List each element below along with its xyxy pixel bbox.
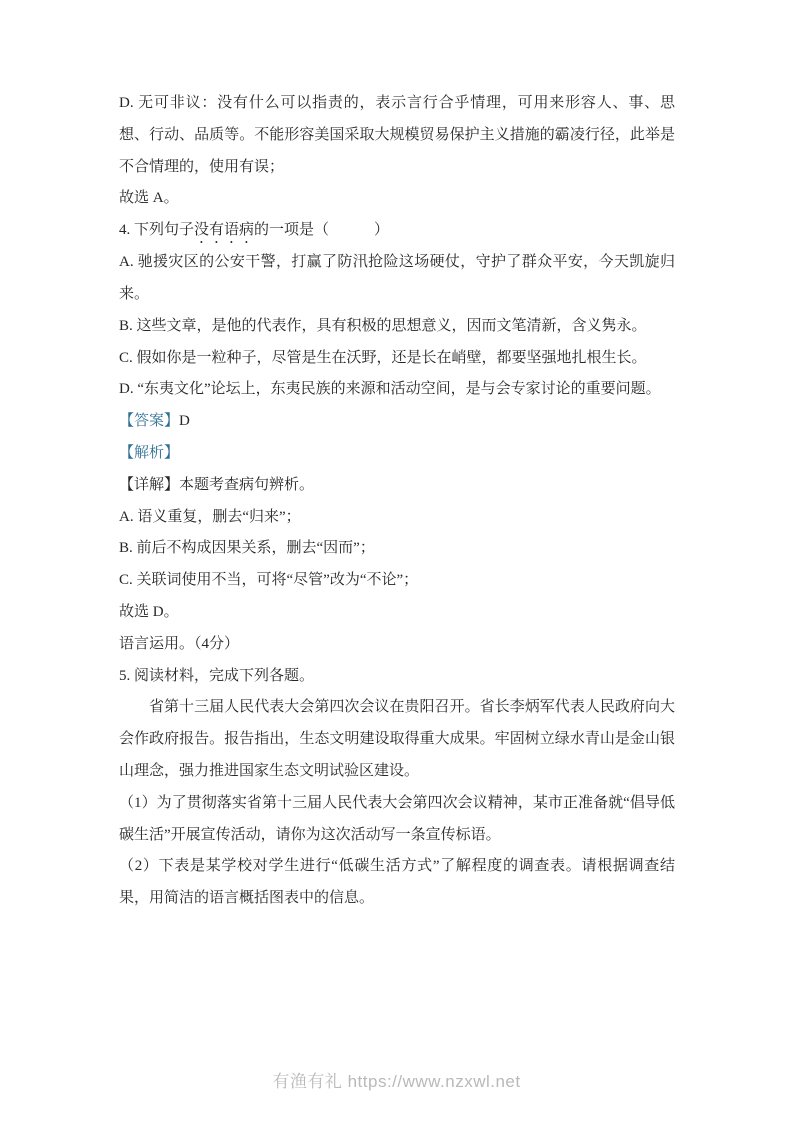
text-segment: 故选 A。 bbox=[119, 190, 179, 206]
text-segment: （1）为了贯彻落实省第十三届人民代表大会第四次会议精神，某市正准备就“倡导低碳生… bbox=[119, 795, 675, 843]
analysis-option-b: B. 前后不构成因果关系，删去“因而”； bbox=[119, 533, 675, 565]
text-segment: 语言运用。（4分） bbox=[119, 636, 239, 652]
question-4-option-c: C. 假如你是一粒种子，尽管是生在沃野，还是长在峭壁，都要坚强地扎根生长。 bbox=[119, 343, 675, 375]
text-segment: B. 前后不构成因果关系，删去“因而”； bbox=[119, 540, 375, 556]
document-body: D. 无可非议：没有什么可以指责的，表示言行合乎情理，可用来形容人、事、思想、行… bbox=[0, 0, 793, 915]
accent-label: 【答案】 bbox=[119, 413, 179, 429]
analysis-option-a: A. 语义重复，删去“归来”； bbox=[119, 502, 675, 534]
emphasized-text: 没有语病 bbox=[194, 222, 254, 238]
page-footer: 有渔有礼 https://www.nzxwl.net bbox=[0, 1067, 793, 1092]
question-4-option-b: B. 这些文章，是他的代表作，具有积极的思想意义，因而文笔清新，含义隽永。 bbox=[119, 311, 675, 343]
text-segment: 省第十三届人民代表大会第四次会议在贵阳召开。省长李炳军代表人民政府向大会作政府报… bbox=[119, 699, 675, 779]
analysis-label: 【解析】 bbox=[119, 438, 675, 470]
text-segment: 的一项是（ ） bbox=[254, 222, 389, 238]
text-segment: D. “东夷文化”论坛上，东夷民族的来源和活动空间，是与会专家讨论的重要问题。 bbox=[119, 381, 661, 397]
conclusion-question-3: 故选 A。 bbox=[119, 183, 675, 215]
text-segment: 故选 D。 bbox=[119, 604, 179, 620]
text-segment: D. 无可非议：没有什么可以指责的，表示言行合乎情理，可用来形容人、事、思想、行… bbox=[119, 95, 675, 175]
question-5-part-1: （1）为了贯彻落实省第十三届人民代表大会第四次会议精神，某市正准备就“倡导低碳生… bbox=[119, 788, 675, 852]
analysis-option-c: C. 关联词使用不当，可将“尽管”改为“不论”； bbox=[119, 565, 675, 597]
detail-explanation-heading: 【详解】本题考查病句辨析。 bbox=[119, 470, 675, 502]
text-segment: C. 关联词使用不当，可将“尽管”改为“不论”； bbox=[119, 572, 418, 588]
section-language-use: 语言运用。（4分） bbox=[119, 629, 675, 661]
watermark-text: 有渔有礼 https://www.nzxwl.net bbox=[272, 1072, 520, 1091]
text-segment: C. 假如你是一粒种子，尽管是生在沃野，还是长在峭壁，都要坚强地扎根生长。 bbox=[119, 350, 647, 366]
question-4-option-a: A. 驰援灾区的公安干警，打赢了防汛抢险这场硬仗，守护了群众平安，今天凯旋归来。 bbox=[119, 247, 675, 311]
explanation-option-d: D. 无可非议：没有什么可以指责的，表示言行合乎情理，可用来形容人、事、思想、行… bbox=[119, 88, 675, 183]
text-segment: B. 这些文章，是他的代表作，具有积极的思想意义，因而文笔清新，含义隽永。 bbox=[119, 318, 647, 334]
conclusion-question-4: 故选 D。 bbox=[119, 597, 675, 629]
exam-paper-page: D. 无可非议：没有什么可以指责的，表示言行合乎情理，可用来形容人、事、思想、行… bbox=[0, 0, 793, 1122]
text-segment: 【详解】本题考查病句辨析。 bbox=[119, 477, 314, 493]
text-segment: A. 语义重复，删去“归来”； bbox=[119, 509, 301, 525]
question-4-option-d: D. “东夷文化”论坛上，东夷民族的来源和活动空间，是与会专家讨论的重要问题。 bbox=[119, 374, 675, 406]
question-5-stem: 5. 阅读材料，完成下列各题。 bbox=[119, 661, 675, 693]
text-segment: （2）下表是某学校对学生进行“低碳生活方式”了解程度的调查表。请根据调查结果，用… bbox=[119, 858, 675, 906]
text-segment: D bbox=[179, 413, 190, 429]
text-segment: 5. 阅读材料，完成下列各题。 bbox=[119, 668, 314, 684]
question-4-stem: 4. 下列句子没有语病的一项是（ ） bbox=[119, 215, 675, 247]
text-segment: A. 驰援灾区的公安干警，打赢了防汛抢险这场硬仗，守护了群众平安，今天凯旋归来。 bbox=[119, 254, 675, 302]
accent-label: 【解析】 bbox=[119, 445, 179, 461]
question-5-material: 省第十三届人民代表大会第四次会议在贵阳召开。省长李炳军代表人民政府向大会作政府报… bbox=[119, 692, 675, 787]
question-5-part-2: （2）下表是某学校对学生进行“低碳生活方式”了解程度的调查表。请根据调查结果，用… bbox=[119, 851, 675, 915]
answer-line: 【答案】D bbox=[119, 406, 675, 438]
text-segment: 4. 下列句子 bbox=[119, 222, 194, 238]
